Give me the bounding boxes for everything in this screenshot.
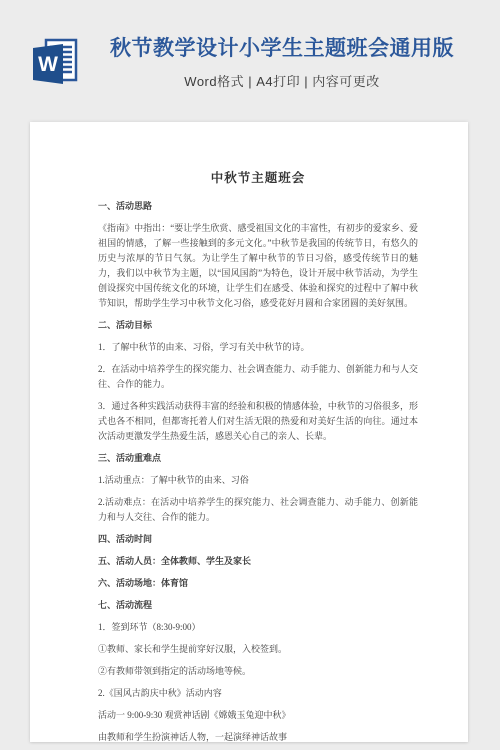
doc-paragraph: 《指南》中指出：“要让学生欣赏、感受祖国文化的丰富性，有初步的爱家乡、爱祖国的情… — [98, 221, 418, 311]
header: W 秋节教学设计小学生主题班会通用版 Word格式 | A4打印 | 内容可更改 — [0, 0, 500, 90]
doc-heading: 五、活动人员：全体教师、学生及家长 — [98, 554, 418, 569]
doc-heading: 二、活动目标 — [98, 318, 418, 333]
doc-paragraph: 2．在活动中培养学生的探究能力、社会调查能力、动手能力、创新能力和与人交往、合作… — [98, 362, 418, 392]
page-subtitle: Word格式 | A4打印 | 内容可更改 — [84, 71, 480, 90]
doc-paragraph: ②有教师带领到指定的活动场地等候。 — [98, 664, 418, 679]
doc-paragraph: 2.《国风古韵庆中秋》活动内容 — [98, 686, 418, 701]
document-body: 一、活动思路《指南》中指出：“要让学生欣赏、感受祖国文化的丰富性，有初步的爱家乡… — [98, 199, 418, 742]
doc-paragraph: 3．通过各种实践活动获得丰富的经验和积极的情感体验，中秋节的习俗很多，形式也各不… — [98, 399, 418, 444]
doc-paragraph: 1．了解中秋节的由来、习俗，学习有关中秋节的诗。 — [98, 340, 418, 355]
doc-heading: 七、活动流程 — [98, 598, 418, 613]
document-content: 中秋节主题班会 一、活动思路《指南》中指出：“要让学生欣赏、感受祖国文化的丰富性… — [30, 122, 468, 742]
doc-paragraph: ①教师、家长和学生提前穿好汉服，入校签到。 — [98, 642, 418, 657]
doc-paragraph: 1．签到环节（8:30-9:00） — [98, 620, 418, 635]
template-preview-page: { "colors": { "brand_blue": "#2b579a", "… — [0, 0, 500, 750]
doc-paragraph: 由教师和学生扮演神话人物，一起演绎神话故事 — [98, 730, 418, 742]
doc-heading: 四、活动时间 — [98, 532, 418, 547]
doc-paragraph: 1.活动重点：了解中秋节的由来、习俗 — [98, 473, 418, 488]
doc-paragraph: 2.活动难点：在活动中培养学生的探究能力、社会调查能力、动手能力、创新能力和与人… — [98, 495, 418, 525]
document-title: 中秋节主题班会 — [98, 168, 418, 186]
doc-paragraph: 活动一 9:00-9:30 观赏神话剧《嫦娥玉兔迎中秋》 — [98, 708, 418, 723]
doc-heading: 一、活动思路 — [98, 199, 418, 214]
page-title: 秋节教学设计小学生主题班会通用版 — [84, 36, 480, 62]
word-icon: W — [30, 38, 78, 86]
header-text: 秋节教学设计小学生主题班会通用版 Word格式 | A4打印 | 内容可更改 — [78, 36, 480, 90]
doc-heading: 六、活动场地：体育馆 — [98, 576, 418, 591]
document-page: 中秋节主题班会 一、活动思路《指南》中指出：“要让学生欣赏、感受祖国文化的丰富性… — [30, 122, 468, 742]
doc-heading: 三、活动重难点 — [98, 451, 418, 466]
word-icon-letter: W — [38, 53, 58, 76]
